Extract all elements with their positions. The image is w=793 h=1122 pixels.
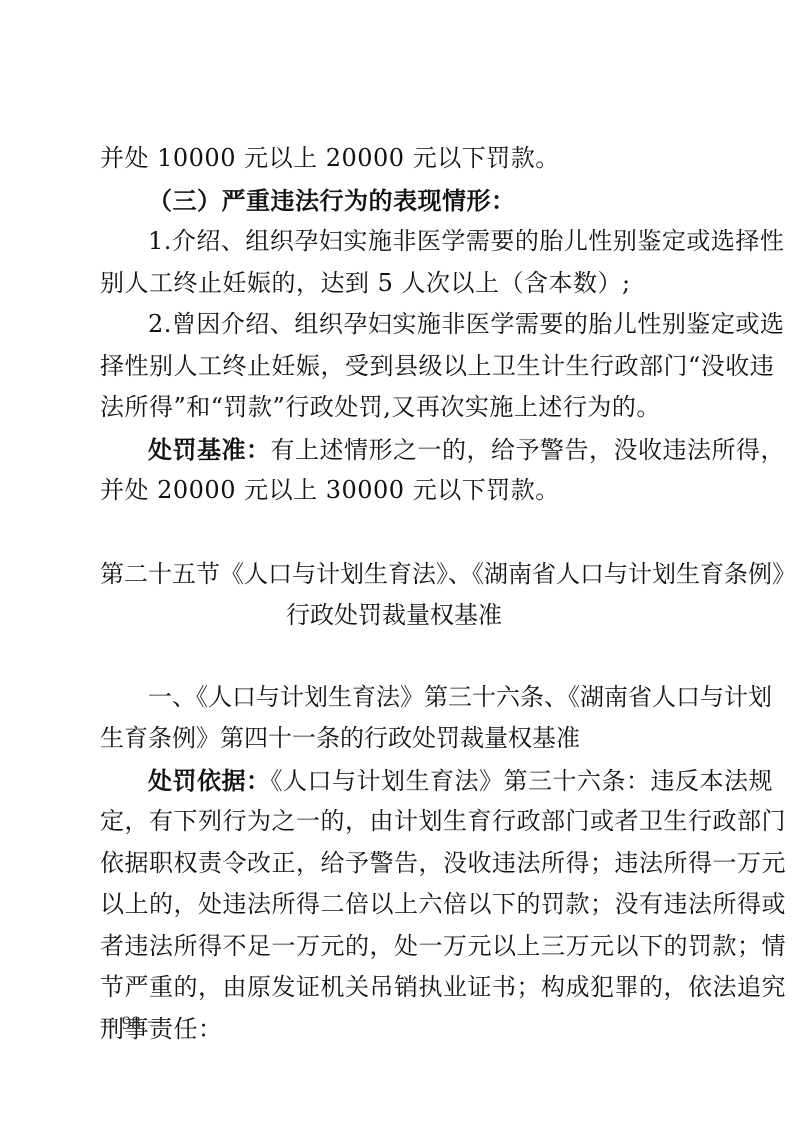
penalty-standard-label: 处罚基准： [148, 435, 271, 464]
paragraph-line: 别人工终止妊娠的，达到 5 人次以上（含本数）; [100, 263, 688, 305]
basis-line: 以上的，处违法所得二倍以上六倍以下的罚款；没有违法所得或 [100, 884, 688, 926]
severity-heading: （三）严重违法行为的表现情形： [100, 180, 688, 222]
paragraph-line: 法所得”和“罚款”行政处罚,又再次实施上述行为的。 [100, 387, 688, 429]
penalty-standard-line: 处罚基准：有上述情形之一的，给予警告，没收违法所得， [100, 429, 688, 471]
basis-line: 者违法所得不足一万元的，处一万元以上三万元以下的罚款；情 [100, 926, 688, 968]
subsection-title-line2: 生育条例》第四十一条的行政处罚裁量权基准 [100, 718, 688, 760]
paragraph-line: 2.曾因介绍、组织孕妇实施非医学需要的胎儿性别鉴定或选 [100, 304, 688, 346]
paragraph-line: 择性别人工终止妊娠，受到县级以上卫生计生行政部门“没收违 [100, 346, 688, 388]
basis-text: 《人口与计划生育法》第三十六条：违反本法规 [271, 767, 774, 795]
basis-label: 处罚依据： [148, 766, 271, 795]
basis-line: 依据职权责令改正，给予警告，没收违法所得；违法所得一万元 [100, 843, 688, 885]
basis-line: 节严重的，由原发证机关吊销执业证书；构成犯罪的，依法追究 [100, 967, 688, 1009]
basis-line: 处罚依据：《人口与计划生育法》第三十六条：违反本法规 [100, 760, 688, 802]
paragraph-line: 1.介绍、组织孕妇实施非医学需要的胎儿性别鉴定或选择性 [100, 221, 688, 263]
document-page: 并处 10000 元以上 20000 元以下罚款。 （三）严重违法行为的表现情形… [100, 138, 688, 1050]
paragraph-line: 并处 20000 元以上 30000 元以下罚款。 [100, 470, 688, 512]
page-number: － 98 － [98, 1008, 165, 1035]
basis-line: 定，有下列行为之一的，由计划生育行政部门或者卫生行政部门 [100, 801, 688, 843]
penalty-standard-text: 有上述情形之一的，给予警告，没收违法所得， [271, 436, 786, 464]
paragraph-line: 并处 10000 元以上 20000 元以下罚款。 [100, 138, 688, 180]
subsection-title-line1: 一、《人口与计划生育法》第三十六条、《湖南省人口与计划 [100, 677, 688, 719]
section-title-line1: 第二十五节《人口与计划生育法》、《湖南省人口与计划生育条例》 [100, 554, 688, 596]
basis-line: 刑事责任： [100, 1009, 688, 1051]
section-title-line2: 行政处罚裁量权基准 [100, 595, 688, 637]
